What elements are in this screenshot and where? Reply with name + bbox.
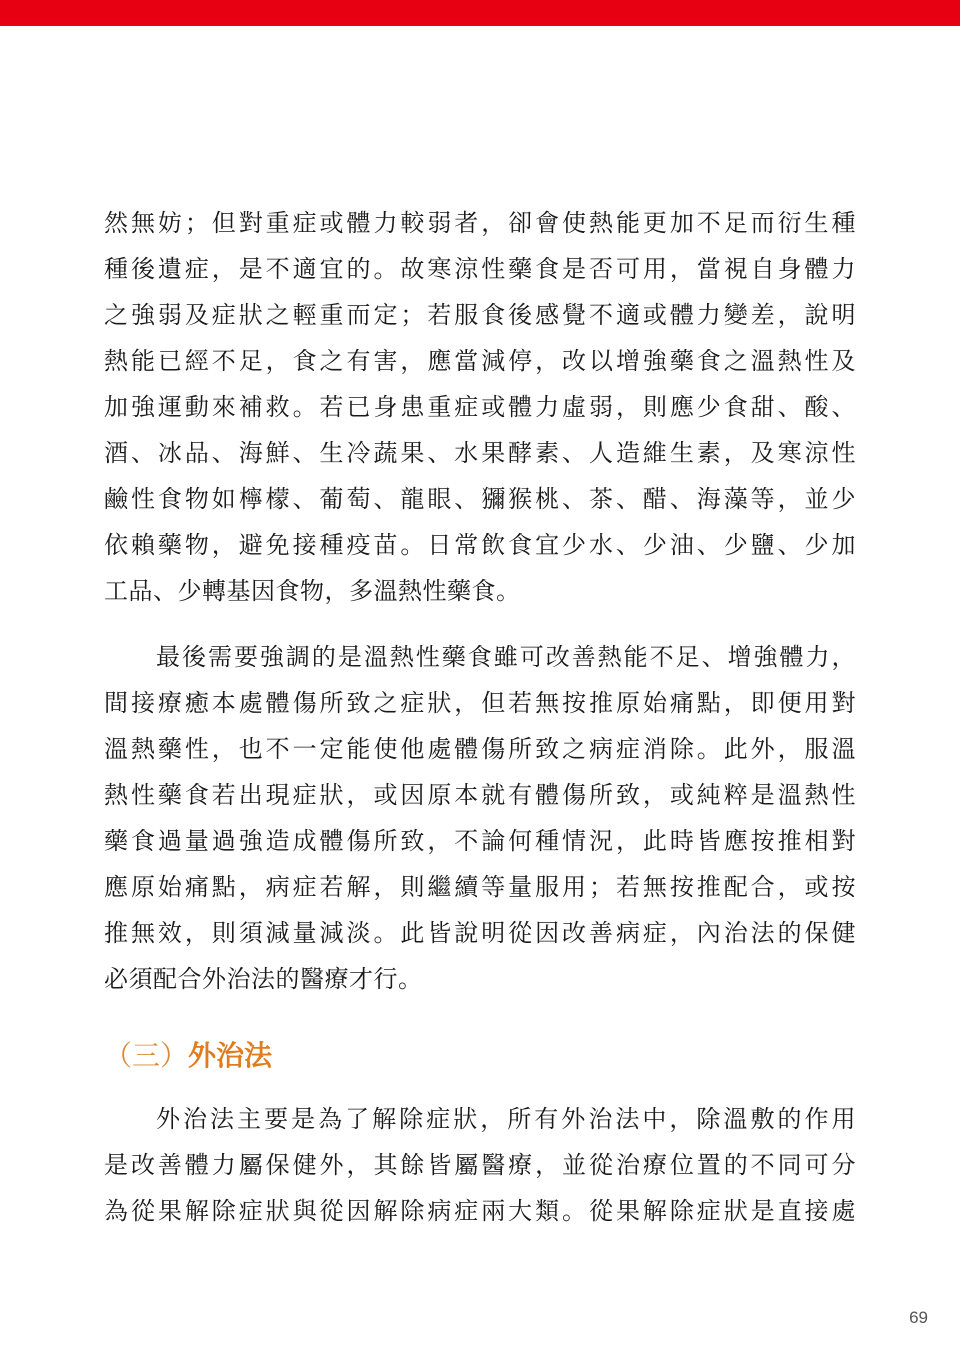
paragraph-spacer [104,614,856,634]
paragraph-1: 然無妨；但對重症或體力較弱者，卻會使熱能更加不足而衍生種 種後遺症，是不適宜的。… [104,200,856,614]
paragraph-3: 外治法主要是為了解除症狀，所有外治法中，除溫敷的作用 是改善體力屬保健外，其餘皆… [104,1096,856,1234]
text-line: 熱能已經不足，食之有害，應當減停，改以增強藥食之溫熱性及 [104,338,856,384]
text-line: 酒、冰品、海鮮、生冷蔬果、水果酵素、人造維生素，及寒涼性 [104,430,856,476]
paragraph-2: 最後需要強調的是溫熱性藥食雖可改善熱能不足、增強體力， 間接療癒本處體傷所致之症… [104,634,856,1002]
section-heading: （三）外治法 [104,1022,856,1096]
section-title: 外治法 [188,1039,272,1072]
text-line: 必須配合外治法的醫療才行。 [104,956,856,1002]
page-body: 然無妨；但對重症或體力較弱者，卻會使熱能更加不足而衍生種 種後遺症，是不適宜的。… [104,200,856,1234]
text-line: 外治法主要是為了解除症狀，所有外治法中，除溫敷的作用 [104,1096,856,1142]
text-line: 依賴藥物，避免接種疫苗。日常飲食宜少水、少油、少鹽、少加 [104,522,856,568]
text-line: 種後遺症，是不適宜的。故寒涼性藥食是否可用，當視自身體力 [104,246,856,292]
text-line: 溫熱藥性，也不一定能使他處體傷所致之病症消除。此外，服溫 [104,726,856,772]
header-color-bar [0,0,960,26]
text-line: 然無妨；但對重症或體力較弱者，卻會使熱能更加不足而衍生種 [104,200,856,246]
text-line: 間接療癒本處體傷所致之症狀，但若無按推原始痛點，即便用對 [104,680,856,726]
text-line: 是改善體力屬保健外，其餘皆屬醫療，並從治療位置的不同可分 [104,1142,856,1188]
text-line: 推無效，則須減量減淡。此皆說明從因改善病症，內治法的保健 [104,910,856,956]
text-line: 藥食過量過強造成體傷所致，不論何種情況，此時皆應按推相對 [104,818,856,864]
text-line: 為從果解除症狀與從因解除病症兩大類。從果解除症狀是直接處 [104,1188,856,1234]
page-number: 69 [909,1308,928,1328]
text-line: 熱性藥食若出現症狀，或因原本就有體傷所致，或純粹是溫熱性 [104,772,856,818]
text-line: 鹼性食物如檸檬、葡萄、龍眼、獼猴桃、茶、醋、海藻等，並少 [104,476,856,522]
text-line: 加強運動來補救。若已身患重症或體力虛弱，則應少食甜、酸、 [104,384,856,430]
text-line: 之強弱及症狀之輕重而定；若服食後感覺不適或體力變差，說明 [104,292,856,338]
paragraph-spacer [104,1002,856,1022]
section-number: （三） [104,1039,188,1072]
text-line: 工品、少轉基因食物，多溫熱性藥食。 [104,568,856,614]
text-line: 應原始痛點，病症若解，則繼續等量服用；若無按推配合，或按 [104,864,856,910]
text-line: 最後需要強調的是溫熱性藥食雖可改善熱能不足、增強體力， [104,634,856,680]
